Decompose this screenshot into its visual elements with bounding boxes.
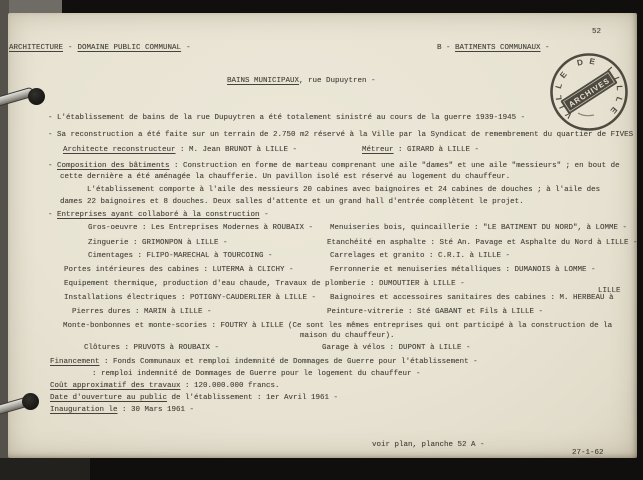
header-section-domaine-public: DOMAINE PUBLIC COMMUNAL — [78, 44, 182, 52]
contractors-heading: - Entreprises ayant collaboré à la const… — [48, 211, 269, 220]
contractor-garage: Garage à vélos : DUPONT à LILLE - — [322, 344, 471, 353]
composition-label: Composition des bâtiments — [57, 162, 170, 170]
contractor-menuiseries: Menuiseries bois, quincaillerie : "LE BA… — [330, 224, 627, 233]
inauguration-value: : 30 Mars 1961 - — [118, 406, 195, 414]
inauguration-line: Inauguration le : 30 Mars 1961 - — [50, 406, 194, 415]
contractors-heading-dash: - — [48, 211, 57, 219]
page-title-main: BAINS MUNICIPAUX — [227, 77, 299, 85]
stamp-banner: ARCHIVES — [560, 69, 617, 114]
scan-bottom-shadow — [0, 458, 90, 480]
contractor-clotures: Clôtures : PRUVOTS à ROUBAIX - — [84, 344, 219, 353]
contractor-gros-oeuvre: Gros-oeuvre : Les Entreprises Modernes à… — [88, 224, 313, 233]
intro-line-1: - L'établissement de bains de la rue Dup… — [48, 114, 525, 123]
contractor-monte-line-2: maison du chauffeur). — [300, 332, 395, 341]
financing-line-2: : remploi indemnité de Dommages de Guerr… — [92, 370, 421, 379]
contractor-carrelages: Carrelages et granito : C.R.I. à LILLE - — [330, 252, 510, 261]
contractor-zinguerie: Zinguerie : GRIMONPON à LILLE - — [88, 239, 228, 248]
cost-line: Coût approximatif des travaux : 120.000.… — [50, 382, 280, 391]
intro-line-2: - Sa reconstruction a été faite sur un t… — [48, 131, 633, 140]
header-left: ARCHITECTURE-DOMAINE PUBLIC COMMUNAL- — [9, 44, 196, 53]
composition-line-1: - Composition des bâtiments : Constructi… — [48, 162, 620, 171]
binder-hole-bottom — [22, 393, 39, 410]
composition-dash: - — [48, 162, 57, 170]
contractor-etancheite: Etanchéité en asphalte : Sté An. Pavage … — [327, 239, 638, 248]
architect-label: Architecte reconstructeur — [63, 146, 176, 154]
composition-line-4: dames 22 baignoires et 8 douches. Deux s… — [60, 198, 524, 207]
metreur-label: Métreur — [362, 146, 394, 154]
contractors-heading-suffix: - — [260, 211, 269, 219]
contractor-portes: Portes intérieures des cabines : LUTERMA… — [64, 266, 294, 275]
opening-date-value: de l'établissement : 1er Avril 1961 - — [167, 394, 338, 402]
contractors-heading-label: Entreprises ayant collaboré à la constru… — [57, 211, 260, 219]
financing-label: Financement — [50, 358, 100, 366]
plan-reference: voir plan, planche 52 A - — [372, 441, 485, 450]
contractor-equipement: Equipement thermique, production d'eau c… — [64, 280, 465, 289]
composition-line-2: cette dernière a été aménagée la chauffe… — [60, 173, 510, 182]
cost-label: Coût approximatif des travaux — [50, 382, 181, 390]
cost-value: : 120.000.000 francs. — [181, 382, 280, 390]
opening-date-line: Date d'ouverture au public de l'établiss… — [50, 394, 338, 403]
financing-line-1: Financement : Fonds Communaux et remploi… — [50, 358, 478, 367]
opening-date-label: Date d'ouverture au public — [50, 394, 167, 402]
archives-stamp: VILLE DE LILLE ARCHIVES — [541, 44, 637, 140]
composition-line-3: L'établissement comporte à l'aile des me… — [87, 186, 600, 195]
scanner-bed-corner — [0, 0, 62, 14]
contractor-baignoires: Baignoires et accessoires sanitaires des… — [330, 294, 614, 303]
contractor-monte-line-1: Monte-bonbonnes et monte-scories : FOUTR… — [63, 322, 612, 331]
architect-line: Architecte reconstructeur : M. Jean BRUN… — [63, 146, 297, 155]
page-number: 52 — [592, 28, 601, 37]
page-title: BAINS MUNICIPAUX, rue Dupuytren - — [227, 77, 376, 86]
page-title-rest: , rue Dupuytren - — [299, 77, 376, 85]
header-right: B - BATIMENTS COMMUNAUX - — [437, 44, 550, 53]
header-right-prefix: B - — [437, 44, 455, 52]
contractor-installations: Installations électriques : POTIGNY-CAUD… — [64, 294, 316, 303]
inauguration-label: Inauguration le — [50, 406, 118, 414]
document-scan: 52 ARCHITECTURE-DOMAINE PUBLIC COMMUNAL-… — [0, 0, 643, 480]
header-section-architecture: ARCHITECTURE — [9, 44, 63, 52]
architect-value: : M. Jean BRUNOT à LILLE - — [176, 146, 298, 154]
financing-value: : Fonds Communaux et remploi indemnité d… — [100, 358, 478, 366]
stamp-mark — [578, 113, 594, 116]
contractor-ferronnerie: Ferronnerie et menuiseries métalliques :… — [330, 266, 596, 275]
composition-value: : Construction en forme de marteau compr… — [170, 162, 620, 170]
contractor-cimentages: Cimentages : FLIPO-MARECHAL à TOURCOING … — [88, 252, 273, 261]
contractor-peinture: Peinture-vitrerie : Sté GABANT et Fils à… — [327, 308, 543, 317]
header-dash: - — [68, 44, 73, 52]
header-dash: - — [186, 44, 191, 52]
metreur-line: Métreur : GIRARD à LILLE - — [362, 146, 479, 155]
header-section-batiments: BATIMENTS COMMUNAUX — [455, 44, 541, 52]
binder-hole-top — [28, 88, 45, 105]
date-code: 27-1-62 — [572, 449, 604, 458]
metreur-value: : GIRARD à LILLE - — [394, 146, 480, 154]
contractor-pierres: Pierres dures : MARIN à LILLE - — [72, 308, 212, 317]
